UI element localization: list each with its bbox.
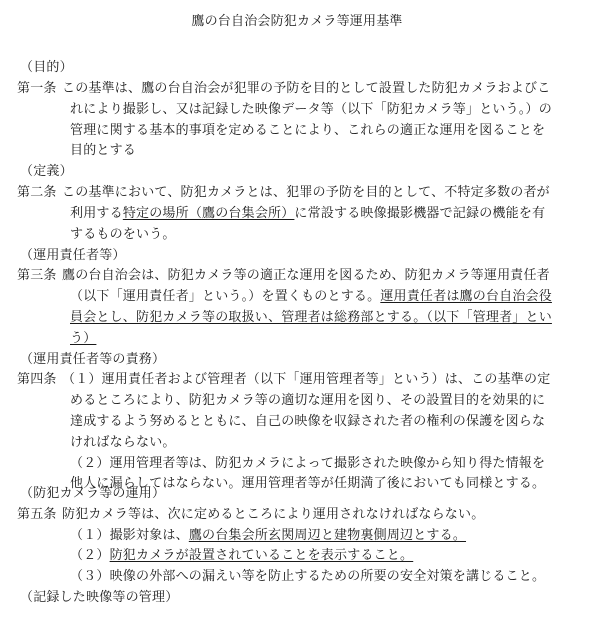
article-5-item-3: （３）映像の外部への漏えい等を防止するための所要の安全対策を講じること。 — [70, 569, 545, 585]
article-2-label: 第二条 — [17, 185, 57, 201]
article-2-underlined-place: 特定の場所（鷹の台集会所） — [123, 206, 295, 221]
article-3-line-1: 鷹の台自治会は、防犯カメラ等の適正な運用を図るため、防犯カメラ等運用責任者 — [62, 268, 550, 284]
article-4-p1-line-2: めるところにより、防犯カメラ等の適切な運用を図り、その設置目的を効果的に — [70, 393, 545, 409]
article-2-line-3: するものをいう。 — [70, 227, 176, 243]
section-heading-definition: （定義） — [20, 164, 73, 180]
article-5-line-1: 防犯カメラ等は、次に定めるところにより運用されなければならない。 — [62, 507, 484, 523]
article-4-p2-line-1: （２）運用管理者等は、防犯カメラによって撮影された映像から知り得た情報を — [70, 456, 545, 472]
article-3-label: 第三条 — [17, 268, 57, 284]
article-4-p1-line-3: 達成するよう努めるとともに、自己の映像を収録された者の権利の保護を図らな — [70, 414, 545, 430]
section-heading-recording: （記録した映像等の管理） — [20, 590, 178, 606]
article-5-item-1-underlined: 鷹の台集会所玄関周辺と建物裏側周辺とする。 — [189, 528, 466, 543]
article-5-item-2: （２）防犯カメラが設置されていることを表示すること。 — [70, 548, 413, 564]
article-5-item-2-pre: （２） — [70, 548, 110, 563]
article-4-label: 第四条 — [17, 372, 57, 388]
article-2-line-2: 利用する特定の場所（鷹の台集会所）に常設する映像撮影機器で記録の機能を有 — [70, 206, 545, 222]
article-4-p1-line-1: （１）運用責任者および管理者（以下「運用管理者等」という）は、この基準の定 — [62, 372, 550, 388]
article-2-line-2-post: に常設する映像撮影機器で記録の機能を有 — [294, 206, 545, 221]
document-title: 鷹の台自治会防犯カメラ等運用基準 — [0, 14, 594, 30]
section-heading-manager: （運用責任者等） — [20, 248, 126, 264]
article-3-underlined-2: 員会とし、防犯カメラ等の取扱い、管理者は総務部とする。（以下「管理者」とい — [70, 310, 552, 326]
article-1-line-3: 管理に関する基本的事項を定めることにより、これらの適正な運用を図ることを — [70, 123, 545, 139]
article-2-line-1: この基準において、防犯カメラとは、犯罪の予防を目的として、不特定多数の者が — [62, 185, 550, 201]
article-3-underlined-3: う） — [70, 331, 96, 347]
article-1-label: 第一条 — [17, 81, 57, 97]
article-5-label: 第五条 — [17, 507, 57, 523]
article-5-item-1-pre: （１）撮影対象は、 — [70, 528, 189, 543]
article-1-line-1: この基準は、鷹の台自治会が犯罪の予防を目的として設置した防犯カメラおよびこ — [62, 81, 550, 97]
article-5-item-1: （１）撮影対象は、鷹の台集会所玄関周辺と建物裏側周辺とする。 — [70, 528, 466, 544]
article-4-p1-line-4: ければならない。 — [70, 435, 176, 451]
article-2-line-2-pre: 利用する — [70, 206, 123, 221]
section-heading-purpose: （目的） — [20, 60, 73, 76]
article-3-line-2-pre: （以下「運用責任者」という。）を置くものとする。 — [70, 289, 380, 304]
section-heading-operation: （防犯カメラ等の運用） — [20, 486, 165, 502]
article-3-underlined-1: 運用責任者は鷹の台自治会役 — [380, 289, 552, 304]
article-5-item-2-underlined: 防犯カメラが設置されていることを表示すること。 — [110, 548, 414, 563]
article-1-line-4: 目的とする — [70, 143, 136, 159]
article-1-line-2: れにより撮影し、又は記録した映像データ等（以下「防犯カメラ等」という。）の — [70, 102, 552, 118]
section-heading-duties: （運用責任者等の責務） — [20, 352, 165, 368]
article-3-line-2: （以下「運用責任者」という。）を置くものとする。運用責任者は鷹の台自治会役 — [70, 289, 552, 305]
